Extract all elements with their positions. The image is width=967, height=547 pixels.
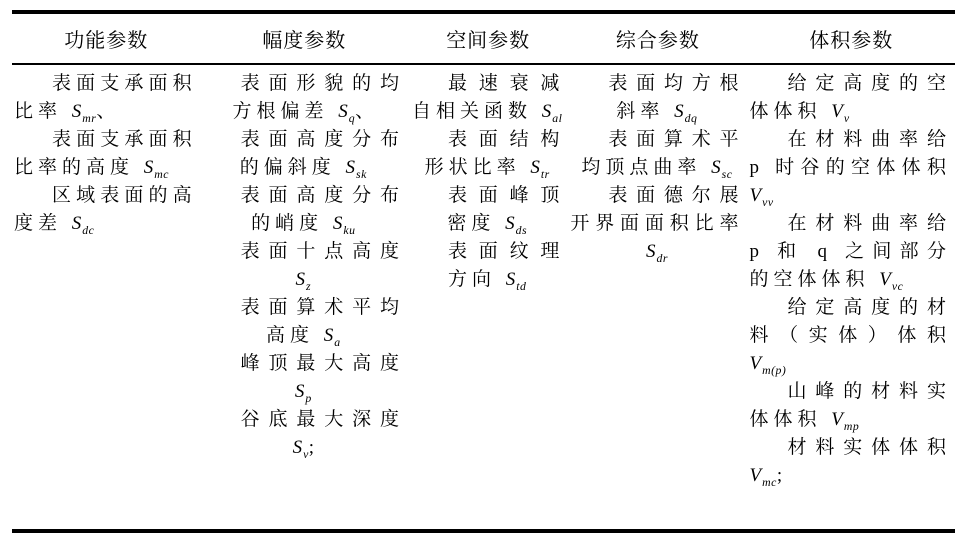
column-volume-parameters: 给定高度的空体体积 Vv在材料曲率给 p 时谷的空体体积 Vvv在材料曲率给 p… <box>748 70 955 490</box>
parameter-symbol-base: S <box>346 157 357 178</box>
parameter-description: 表面高度分布的偏斜度 <box>240 129 404 178</box>
parameter-symbol-subscript: dr <box>656 252 667 265</box>
document-page: 功能参数 幅度参数 空间参数 综合参数 体积参数 表面支承面积比率 Smr、表面… <box>0 0 967 547</box>
parameter-symbol: Vvv <box>750 185 774 206</box>
parameter-symbol-base: V <box>831 101 844 122</box>
parameter-symbol-base: S <box>711 157 722 178</box>
parameter-symbol-base: S <box>506 269 517 290</box>
parameter-suffix: ; <box>777 465 782 486</box>
column-functional-parameters: 表面支承面积比率 Smr、表面支承面积比率的高度 Smc区域表面的高度差 Sdc <box>12 70 201 238</box>
column-amplitude-parameters: 表面形貌的均方根偏差 Sq、表面高度分布的偏斜度 Ssk表面高度分布的峭度 Sk… <box>201 70 408 462</box>
parameter-symbol: Str <box>530 157 549 178</box>
parameter-symbol-subscript: a <box>334 336 340 349</box>
parameter-entry: 最速衰减自相关函数 Sal <box>410 70 564 126</box>
parameter-symbol-base: V <box>750 185 763 206</box>
parameter-entry: 表面结构形状比率 Str <box>410 126 564 182</box>
table-header-row: 功能参数 幅度参数 空间参数 综合参数 体积参数 <box>12 14 955 63</box>
parameter-entry: 峰顶最大高度 Sp <box>203 350 404 406</box>
parameter-symbol: Vm(p) <box>750 353 787 374</box>
parameter-symbol-base: V <box>750 465 763 486</box>
parameter-symbol: Smr <box>72 101 97 122</box>
parameter-symbol-base: V <box>750 353 763 374</box>
parameter-description: 材料实体体积 <box>788 437 951 458</box>
parameter-symbol-base: S <box>530 157 541 178</box>
parameter-symbol-subscript: al <box>552 112 562 125</box>
parameter-symbol-base: V <box>879 269 892 290</box>
parameter-symbol-base: S <box>338 101 349 122</box>
parameter-description: 在材料曲率给 p 时谷的空体体积 <box>750 129 951 178</box>
parameter-symbol-base: S <box>505 213 516 234</box>
header-amplitude-parameters: 幅度参数 <box>201 24 408 53</box>
parameter-symbol-subscript: dc <box>82 224 94 237</box>
parameter-description: 表面支承面积比率的高度 <box>14 129 197 178</box>
parameter-symbol-subscript: sk <box>356 168 367 181</box>
parameter-symbol: Smc <box>144 157 169 178</box>
column-comprehensive-parameters: 表面均方根斜率 Sdq表面算术平均顶点曲率 Ssc表面德尔展开界面面积比率 Sd… <box>568 70 747 266</box>
column-spatial-parameters: 最速衰减自相关函数 Sal表面结构形状比率 Str表面峰顶密度 Sds表面纹理方… <box>408 70 568 294</box>
parameter-suffix: ; <box>309 437 314 458</box>
parameter-symbol: Ssc <box>711 157 732 178</box>
parameter-description: 表面德尔展开界面面积比率 <box>570 185 743 234</box>
parameter-symbol-subscript: dq <box>685 112 698 125</box>
parameter-entry: 表面均方根斜率 Sdq <box>570 70 743 126</box>
parameter-symbol-base: S <box>674 101 685 122</box>
parameter-entry: 表面支承面积比率的高度 Smc <box>14 126 197 182</box>
parameter-symbol-base: S <box>144 157 155 178</box>
parameter-symbol-base: S <box>296 269 307 290</box>
parameter-description: 谷底最大深度 <box>241 409 404 430</box>
table-bottom-border <box>12 529 955 533</box>
parameter-entry: 给定高度的材料（实体）体积 Vm(p) <box>750 294 951 378</box>
parameter-entry: 表面峰顶密度 Sds <box>410 182 564 238</box>
parameter-symbol: Sv <box>293 437 309 458</box>
parameter-description: 区域表面的高度差 <box>14 185 197 234</box>
parameter-description: 给定高度的材料（实体）体积 <box>750 297 951 346</box>
parameter-symbol: Sds <box>505 213 527 234</box>
parameter-entry: 表面支承面积比率 Smr、 <box>14 70 197 126</box>
parameter-description: 表面高度分布的峭度 <box>241 185 404 234</box>
parameter-symbol-subscript: mc <box>762 476 777 489</box>
parameter-symbol-base: S <box>333 213 344 234</box>
parameter-symbol: Sdc <box>72 213 95 234</box>
parameter-symbol: Vvc <box>879 269 903 290</box>
parameter-symbol-subscript: mc <box>154 168 169 181</box>
header-comprehensive-parameters: 综合参数 <box>568 24 747 53</box>
parameter-symbol: Std <box>506 269 527 290</box>
parameter-symbol-subscript: mp <box>844 420 859 433</box>
parameter-symbol-subscript: tr <box>541 168 550 181</box>
parameter-symbol-subscript: mr <box>82 112 96 125</box>
parameter-entry: 在材料曲率给 p 时谷的空体体积 Vvv <box>750 126 951 210</box>
parameter-symbol-subscript: ku <box>343 224 355 237</box>
parameter-symbol: Sa <box>324 325 341 346</box>
parameter-description: 在材料曲率给 p 和 q 之间部分的空体体积 <box>750 213 951 290</box>
parameter-description: 给定高度的空体体积 <box>750 73 951 122</box>
parameter-symbol-subscript: vc <box>892 280 903 293</box>
parameter-entry: 表面德尔展开界面面积比率 Sdr <box>570 182 743 266</box>
parameter-symbol-subscript: p <box>305 392 311 405</box>
parameter-symbol-subscript: ds <box>516 224 527 237</box>
parameter-description: 峰顶最大高度 <box>241 353 404 374</box>
parameter-symbol-base: V <box>831 409 844 430</box>
parameter-symbol: Sdq <box>674 101 697 122</box>
surface-parameter-table: 功能参数 幅度参数 空间参数 综合参数 体积参数 表面支承面积比率 Smr、表面… <box>12 10 955 533</box>
parameter-entry: 区域表面的高度差 Sdc <box>14 182 197 238</box>
parameter-symbol-base: S <box>542 101 553 122</box>
parameter-symbol-base: S <box>324 325 335 346</box>
parameter-symbol: Sq <box>338 101 355 122</box>
parameter-entry: 表面纹理方向 Std <box>410 238 564 294</box>
parameter-symbol: Sku <box>333 213 356 234</box>
parameter-symbol-subscript: z <box>306 280 311 293</box>
table-body-row: 表面支承面积比率 Smr、表面支承面积比率的高度 Smc区域表面的高度差 Sdc… <box>12 65 955 529</box>
header-functional-parameters: 功能参数 <box>12 24 201 53</box>
parameter-entry: 山峰的材料实体体积 Vmp <box>750 378 951 434</box>
parameter-symbol: Vv <box>831 101 849 122</box>
parameter-symbol-base: S <box>646 241 657 262</box>
parameter-symbol-base: S <box>72 101 83 122</box>
parameter-suffix: 、 <box>355 101 374 122</box>
parameter-entry: 表面形貌的均方根偏差 Sq、 <box>203 70 404 126</box>
parameter-description: 表面算术平均高度 <box>241 297 404 346</box>
parameter-entry: 在材料曲率给 p 和 q 之间部分的空体体积 Vvc <box>750 210 951 294</box>
parameter-description: 表面十点高度 <box>241 241 404 262</box>
parameter-symbol-subscript: sc <box>722 168 733 181</box>
parameter-symbol: Vmp <box>831 409 859 430</box>
parameter-symbol: Sz <box>296 269 312 290</box>
parameter-symbol: Sdr <box>646 241 668 262</box>
parameter-entry: 表面高度分布的偏斜度 Ssk <box>203 126 404 182</box>
parameter-entry: 谷底最大深度 Sv; <box>203 406 404 462</box>
parameter-symbol-base: S <box>72 213 83 234</box>
parameter-entry: 表面算术平均高度 Sa <box>203 294 404 350</box>
parameter-entry: 表面算术平均顶点曲率 Ssc <box>570 126 743 182</box>
parameter-symbol-subscript: v <box>844 112 850 125</box>
header-volume-parameters: 体积参数 <box>748 24 955 53</box>
parameter-symbol-subscript: m(p) <box>762 364 786 377</box>
parameter-suffix: 、 <box>96 101 115 122</box>
header-spatial-parameters: 空间参数 <box>408 24 568 53</box>
parameter-symbol: Vmc <box>750 465 777 486</box>
parameter-symbol-subscript: td <box>516 280 526 293</box>
parameter-symbol-base: S <box>293 437 304 458</box>
parameter-entry: 表面高度分布的峭度 Sku <box>203 182 404 238</box>
parameter-description: 表面形貌的均方根偏差 <box>232 73 404 122</box>
parameter-symbol: Ssk <box>346 157 367 178</box>
parameter-entry: 给定高度的空体体积 Vv <box>750 70 951 126</box>
parameter-symbol-subscript: vv <box>762 196 773 209</box>
parameter-symbol-base: S <box>295 381 306 402</box>
parameter-symbol: Sp <box>295 381 312 402</box>
parameter-entry: 材料实体体积 Vmc; <box>750 434 951 490</box>
parameter-symbol: Sal <box>542 101 563 122</box>
parameter-entry: 表面十点高度 Sz <box>203 238 404 294</box>
